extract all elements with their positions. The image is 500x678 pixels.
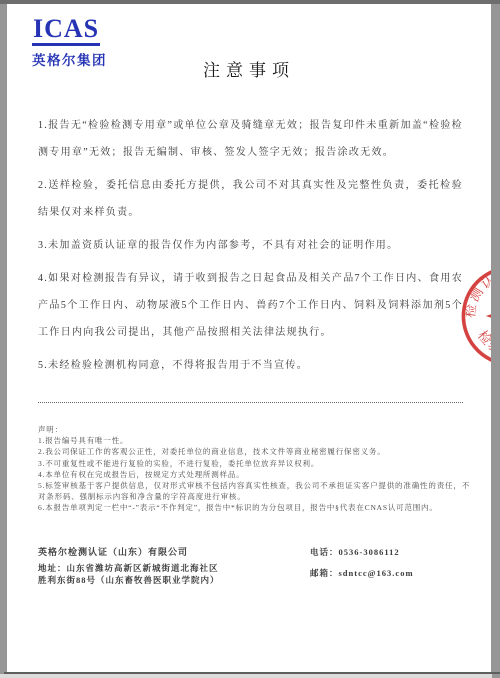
certification-stamp-icon: 检测认证 检验检测 bbox=[450, 254, 491, 378]
svg-text:检测认证: 检测认证 bbox=[451, 264, 491, 323]
phone-number: 电话：0536-3086112 bbox=[310, 546, 472, 558]
declaration-item: 1.报告编号具有唯一性。 bbox=[38, 435, 470, 446]
note-item: 5.未经检验检测机构同意，不得将报告用于不当宣传。 bbox=[38, 352, 463, 379]
note-item: 1.报告无“检验检测专用章”或单位公章及骑缝章无效；报告复印件未重新加盖“检验检… bbox=[38, 112, 463, 166]
declaration-heading: 声明： bbox=[38, 424, 470, 435]
address-line-1: 地址：山东省潍坊高新区新城街道北海社区 bbox=[38, 562, 310, 574]
company-name: 英格尔检测认证（山东）有限公司 bbox=[38, 546, 310, 558]
footer-contact-block: 电话：0536-3086112 邮箱：sdntcc@163.com bbox=[310, 546, 472, 586]
note-item: 4.如果对检测报告有异议，请于收到报告之日起食品及相关产品7个工作日内、食用农产… bbox=[38, 265, 463, 346]
page-bottom-strip bbox=[0, 674, 492, 678]
page-title: 注意事项 bbox=[7, 56, 491, 81]
document-page: ICAS 英格尔集团 注意事项 1.报告无“检验检测专用章”或单位公章及骑缝章无… bbox=[7, 4, 491, 672]
address-line-2: 胜利东街88号（山东畜牧兽医职业学院内） bbox=[38, 574, 310, 586]
email-address: 邮箱：sdntcc@163.com bbox=[310, 567, 472, 579]
note-item: 2.送样检验，委托信息由委托方提供，我公司不对其真实性及完整性负责，委托检验结果… bbox=[38, 172, 463, 226]
declaration-item: 6.本报告单项判定一栏中“-”表示“不作判定”，报告中*标识的为分包项目，报告中… bbox=[38, 502, 470, 513]
declaration-item: 4.本单位有权在完成报告后，按规定方式处理所测样品。 bbox=[38, 469, 470, 480]
declaration-item: 3.不可重复性或不能进行复验的实验，不进行复验，委托单位放弃异议权利。 bbox=[38, 458, 470, 469]
footer-company-block: 英格尔检测认证（山东）有限公司 地址：山东省潍坊高新区新城街道北海社区 胜利东街… bbox=[38, 546, 310, 586]
svg-text:检验检测: 检验检测 bbox=[473, 316, 491, 369]
footer-section: 英格尔检测认证（山东）有限公司 地址：山东省潍坊高新区新城街道北海社区 胜利东街… bbox=[38, 546, 472, 586]
note-item: 3.未加盖资质认证章的报告仅作为内部参考，不具有对社会的证明作用。 bbox=[38, 232, 463, 259]
stamp-bottom-text: 检验检测 bbox=[473, 316, 491, 369]
dotted-separator bbox=[38, 402, 463, 403]
declaration-item: 2.我公司保证工作的客观公正性，对委托单位的商业信息，技术文件等商业秘密履行保密… bbox=[38, 446, 470, 457]
notes-section: 1.报告无“检验检测专用章”或单位公章及骑缝章无效；报告复印件未重新加盖“检验检… bbox=[38, 112, 463, 385]
declaration-item: 5.标签审核基于客户提供信息，仅对形式审核不包括内容真实性核查，我公司不承担证实… bbox=[38, 480, 470, 502]
stamp-top-text: 检测认证 bbox=[451, 264, 491, 323]
declaration-section: 声明： 1.报告编号具有唯一性。 2.我公司保证工作的客观公正性，对委托单位的商… bbox=[38, 424, 470, 514]
logo-acronym: ICAS bbox=[32, 16, 100, 46]
screen: ICAS 英格尔集团 注意事项 1.报告无“检验检测专用章”或单位公章及骑缝章无… bbox=[0, 0, 500, 678]
